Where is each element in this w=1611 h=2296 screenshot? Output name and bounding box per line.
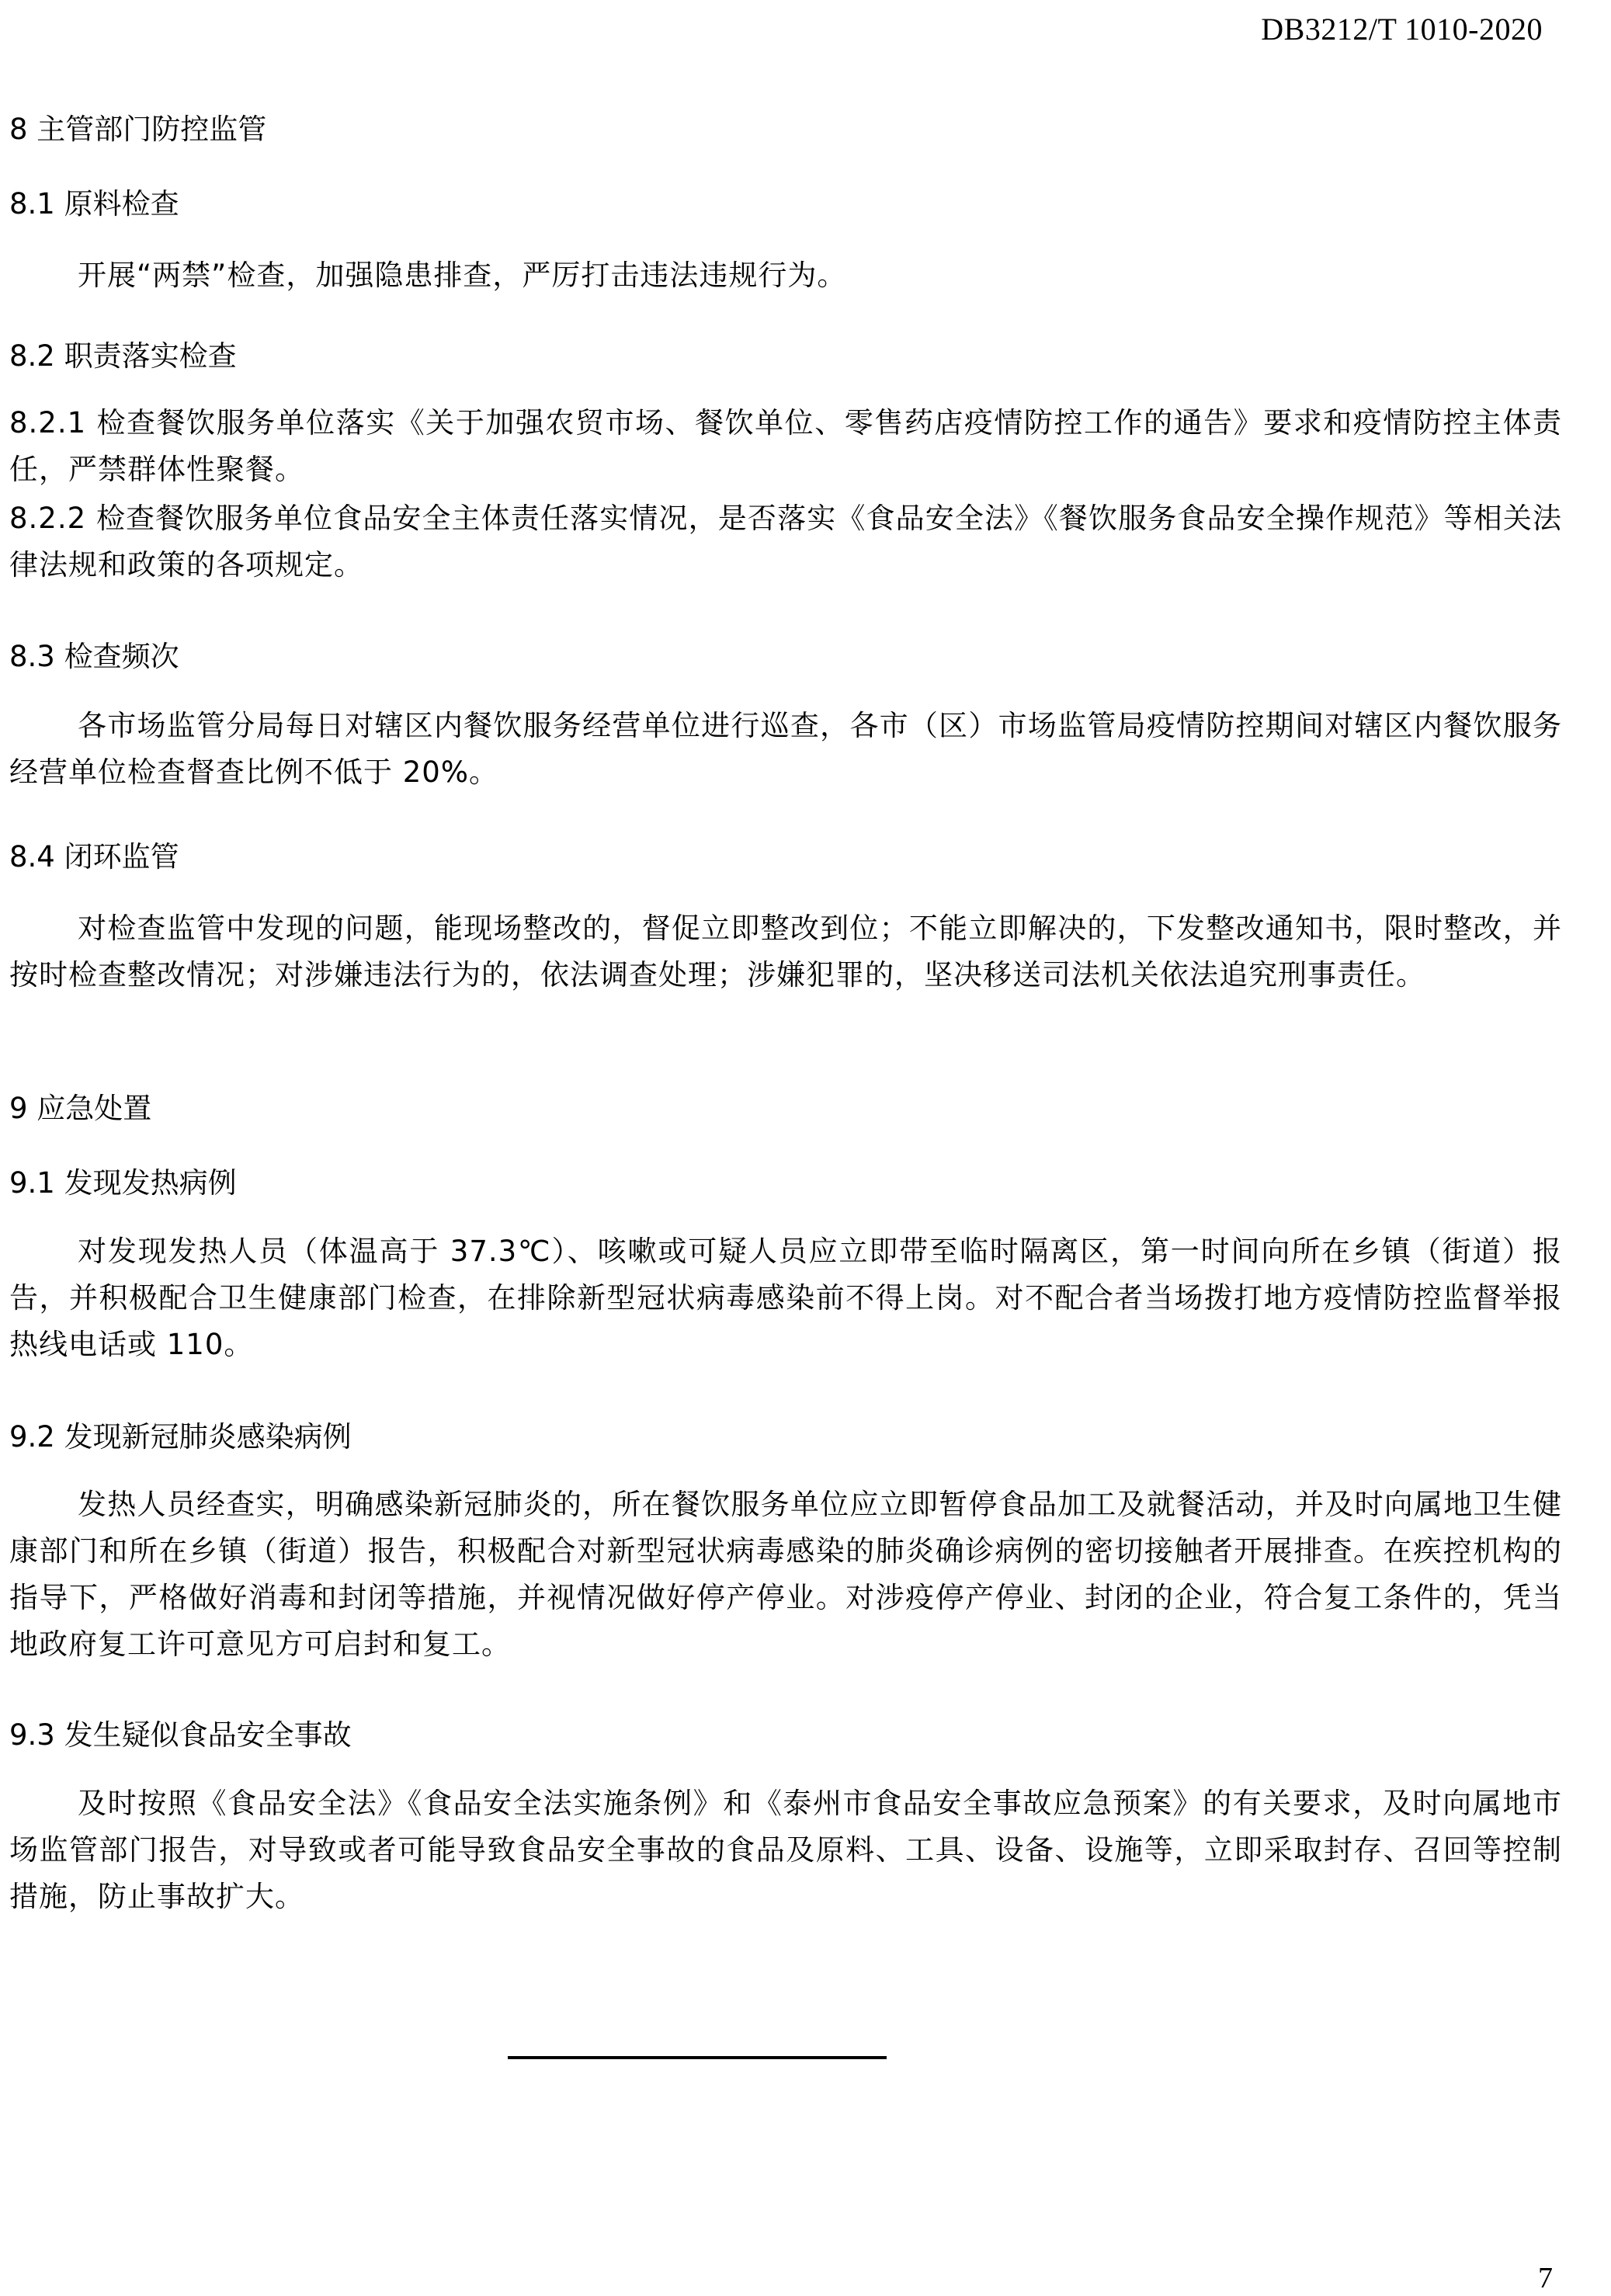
paragraph-8-2-1: 8.2.1 检查餐饮服务单位落实《关于加强农贸市场、餐饮单位、零售药店疫情防控工…: [9, 400, 1562, 493]
paragraph-9-3: 及时按照《食品安全法》《食品安全法实施条例》和《泰州市食品安全事故应急预案》的有…: [9, 1780, 1562, 1920]
paragraph-9-1: 对发现发热人员（体温高于 37.3℃）、咳嗽或可疑人员应立即带至临时隔离区，第一…: [9, 1228, 1562, 1368]
paragraph-8-2-2: 8.2.2 检查餐饮服务单位食品安全主体责任落实情况，是否落实《食品安全法》《餐…: [9, 495, 1562, 589]
paragraph-8-1: 开展“两禁”检查，加强隐患排查，严厉打击违法违规行为。: [9, 252, 1562, 299]
page-number: 7: [1538, 2261, 1553, 2295]
section-heading-9-3: 9.3 发生疑似食品安全事故: [9, 1711, 352, 1753]
section-heading-9: 9 应急处置: [9, 1085, 151, 1127]
paragraph-9-2: 发热人员经查实，明确感染新冠肺炎的，所在餐饮服务单位应立即暂停食品加工及就餐活动…: [9, 1481, 1562, 1668]
section-heading-8: 8 主管部门防控监管: [9, 106, 266, 148]
document-code-header: DB3212/T 1010-2020: [1261, 11, 1543, 47]
section-heading-9-2: 9.2 发现新冠肺炎感染病例: [9, 1413, 352, 1455]
paragraph-8-4: 对检查监管中发现的问题，能现场整改的，督促立即整改到位；不能立即解决的，下发整改…: [9, 905, 1562, 999]
paragraph-8-3: 各市场监管分局每日对辖区内餐饮服务经营单位进行巡查，各市（区）市场监管局疫情防控…: [9, 703, 1562, 796]
section-heading-8-3: 8.3 检查频次: [9, 633, 179, 675]
section-heading-9-1: 9.1 发现发热病例: [9, 1159, 237, 1201]
section-heading-8-4: 8.4 闭环监管: [9, 833, 179, 875]
section-heading-8-2: 8.2 职责落实检查: [9, 332, 237, 374]
end-of-document-rule: [508, 2056, 887, 2059]
section-heading-8-1: 8.1 原料检查: [9, 180, 179, 222]
